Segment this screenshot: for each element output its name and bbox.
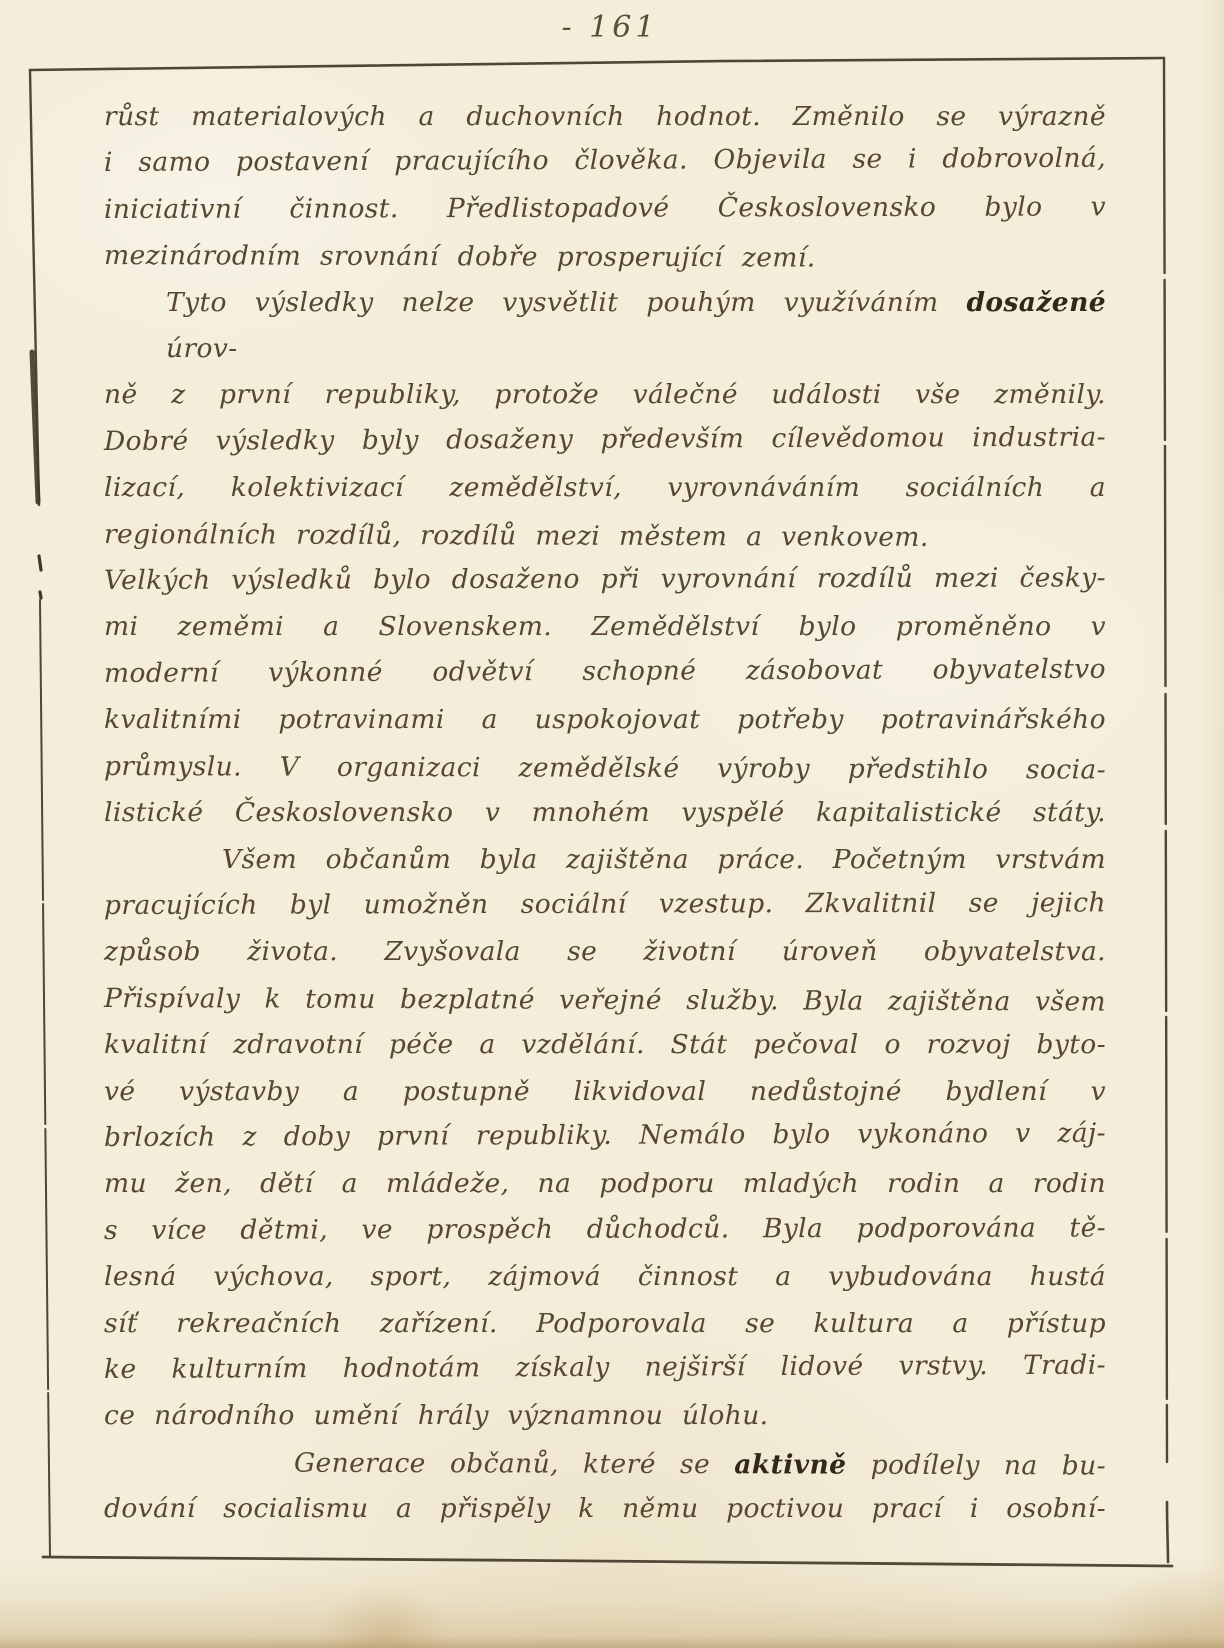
text-segment: způsob života. Zvyšovala se životní úrov… [104, 936, 1106, 967]
paper-stain-right-edge [1198, 0, 1224, 1648]
text-segment: Generace občanů, které se [294, 1447, 734, 1480]
manuscript-line: regionálních rozdílů, rozdílů mezi měste… [104, 512, 1106, 562]
text-segment: iniciativní činnost. Předlistopadové Čes… [104, 191, 1106, 225]
manuscript-line: moderní výkonné odvětví schopné zásobova… [104, 647, 1106, 698]
emphasized-word: aktivně [734, 1449, 846, 1480]
manuscript-text: růst materialových a duchovních hodnot. … [104, 94, 1106, 1533]
manuscript-line: Dobré výsledky byly dosaženy především c… [104, 414, 1106, 465]
text-segment: mi zeměmi a Slovenskem. Zemědělství bylo… [104, 611, 1106, 642]
page-number: - 161 [540, 10, 680, 45]
manuscript-line: Přispívaly k tomu bezplatné veřejné služ… [104, 976, 1106, 1026]
text-segment: ce národního umění hrály významnou úlohu… [104, 1400, 769, 1431]
manuscript-line: způsob života. Zvyšovala se životní úrov… [104, 929, 1106, 975]
paper-stain-corner [1040, 1518, 1224, 1648]
manuscript-page: - 161 růst materialových a duchovních ho… [0, 0, 1224, 1648]
text-segment: Všem občanům byla zajištěna práce. Počet… [222, 844, 1106, 875]
frame-left-tick [39, 556, 41, 598]
text-segment: i samo postavení pracujícího člověka. Ob… [104, 143, 1106, 178]
manuscript-line: vé výstavby a postupně likvidoval nedůst… [104, 1069, 1106, 1115]
text-segment: síť rekreačních zařízení. Podporovala se… [104, 1308, 1106, 1339]
text-segment: ně z první republiky, protože válečné ud… [104, 379, 1106, 410]
text-segment: Přispívaly k tomu bezplatné veřejné služ… [104, 983, 1106, 1017]
text-segment: moderní výkonné odvětví schopné zásobova… [104, 654, 1106, 689]
manuscript-line: síť rekreačních zařízení. Podporovala se… [104, 1301, 1106, 1347]
frame-left-line-upper [30, 70, 39, 505]
text-segment: listické Československo v mnohém vyspělé… [104, 797, 1106, 828]
manuscript-line: s více dětmi, ve prospěch důchodců. Byla… [104, 1205, 1106, 1254]
manuscript-line: i samo postavení pracujícího člověka. Ob… [104, 136, 1106, 187]
manuscript-line: listické Československo v mnohém vyspělé… [104, 790, 1106, 836]
text-segment: lizací, kolektivizací zemědělství, vyrov… [104, 472, 1106, 503]
paper-stain-bottom-edge [0, 1556, 1224, 1648]
frame-right-line-bottom [1167, 1502, 1168, 1562]
manuscript-line: Všem občanům byla zajištěna práce. Počet… [104, 837, 1106, 883]
manuscript-line: lizací, kolektivizací zemědělství, vyrov… [104, 465, 1106, 511]
manuscript-line: mi zeměmi a Slovenskem. Zemědělství bylo… [104, 604, 1106, 650]
manuscript-line: iniciativní činnost. Předlistopadové Čes… [104, 184, 1106, 233]
manuscript-line: kvalitní zdravotní péče a vzdělání. Stát… [104, 1022, 1106, 1068]
text-segment: vé výstavby a postupně likvidoval nedůst… [104, 1076, 1106, 1107]
text-segment: Dobré výsledky byly dosaženy především c… [104, 421, 1106, 456]
text-segment: lesná výchova, sport, zájmová činnost a … [104, 1261, 1106, 1292]
frame-left-line-thick [32, 352, 38, 502]
manuscript-line: průmyslu. V organizaci zemědělské výroby… [104, 744, 1106, 794]
text-segment: brlozích z doby první republiky. Nemálo … [104, 1118, 1106, 1153]
text-segment: Tyto výsledky nelze vysvětlit pouhým vyu… [166, 287, 966, 318]
text-segment: mu žen, dětí a mládeže, na podporu mladý… [104, 1168, 1106, 1199]
manuscript-line: brlozích z doby první republiky. Nemálo … [104, 1111, 1106, 1162]
manuscript-line: Velkých výsledků bylo dosaženo při vyrov… [104, 555, 1106, 604]
manuscript-line: růst materialových a duchovních hodnot. … [104, 94, 1106, 140]
paper-stain-smudge [300, 1558, 470, 1648]
manuscript-line: kvalitními potravinami a uspokojovat pot… [104, 697, 1106, 743]
frame-bottom-line [43, 1557, 1172, 1566]
frame-top-line [30, 58, 1164, 70]
text-segment: ke kulturním hodnotám získaly nejširší l… [104, 1350, 1106, 1385]
manuscript-line: ně z první republiky, protože válečné ud… [104, 372, 1106, 418]
manuscript-line: lesná výchova, sport, zájmová činnost a … [104, 1254, 1106, 1300]
text-segment: podílely na bu- [846, 1449, 1106, 1481]
text-segment: úrov- [166, 333, 238, 364]
manuscript-line: mu žen, dětí a mládeže, na podporu mladý… [104, 1161, 1106, 1207]
emphasized-word: dosažené [966, 287, 1106, 318]
text-segment: kvalitní zdravotní péče a vzdělání. Stát… [104, 1029, 1106, 1060]
manuscript-line: ce národního umění hrály významnou úlohu… [104, 1393, 1106, 1439]
manuscript-line: Tyto výsledky nelze vysvětlit pouhým vyu… [104, 280, 1106, 373]
text-segment: regionálních rozdílů, rozdílů mezi měste… [104, 519, 929, 553]
text-segment: průmyslu. V organizaci zemědělské výroby… [104, 751, 1106, 785]
frame-right-line [1164, 58, 1167, 1462]
text-segment: mezinárodním srovnání dobře prosperující… [104, 240, 816, 273]
text-segment: s více dětmi, ve prospěch důchodců. Byla… [104, 1212, 1106, 1246]
text-segment: Velkých výsledků bylo dosaženo při vyrov… [104, 562, 1106, 596]
text-segment: kvalitními potravinami a uspokojovat pot… [104, 704, 1106, 735]
text-segment: pracujících byl umožněn sociální vzestup… [104, 887, 1106, 921]
manuscript-line: pracujících byl umožněn sociální vzestup… [104, 880, 1106, 929]
manuscript-line: mezinárodním srovnání dobře prosperující… [104, 233, 1106, 283]
text-segment: dování socialismu a přispěly k němu poct… [104, 1493, 1106, 1524]
manuscript-line: Generace občanů, které se aktivně podíle… [104, 1440, 1106, 1490]
frame-left-line-lower [40, 600, 50, 1556]
manuscript-line: ke kulturním hodnotám získaly nejširší l… [104, 1343, 1106, 1394]
text-segment: růst materialových a duchovních hodnot. … [104, 101, 1106, 132]
manuscript-line: dování socialismu a přispěly k němu poct… [104, 1486, 1106, 1532]
